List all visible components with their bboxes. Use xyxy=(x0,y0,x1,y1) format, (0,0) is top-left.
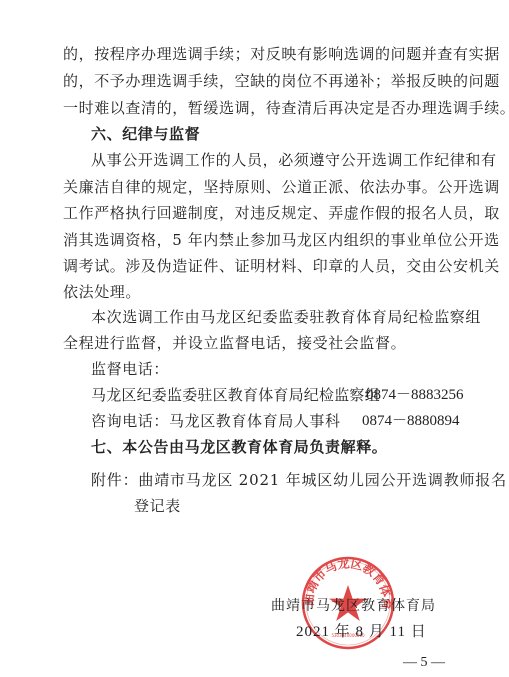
supervision-phone: 0874－8883256 xyxy=(366,385,464,405)
body-text-line: 从事公开选调工作的人员，必须遵守公开选调工作纪律和有 xyxy=(91,150,497,170)
supervision-org: 马龙区纪委监委驻区教育体育局纪检监察组 xyxy=(91,385,380,405)
consult-label: 咨询电话：马龙区教育体育局人事科 xyxy=(91,411,341,431)
body-text-line: 依法处理。 xyxy=(63,282,141,302)
body-text-line: 全程进行监督，并设立监督电话，接受社会监督。 xyxy=(63,333,406,353)
body-text-line: 一时难以查清的，暂缓选调，待查清后再决定是否办理选调手续。 xyxy=(63,98,509,118)
body-text-line: 关廉洁自律的规定，坚持原则、公道正派、依法办事。公开选调 xyxy=(63,177,500,197)
signature-org: 曲靖市马龙区教育体育局 xyxy=(271,596,436,616)
consult-phone: 0874－8880894 xyxy=(362,411,460,431)
signature-date: 2021 年 8 月 11 日 xyxy=(296,622,427,642)
body-text-line: 消其选调资格，5 年内禁止参加马龙区内组织的事业单位公开选 xyxy=(63,230,500,250)
body-text-line: 的，按程序办理选调手续；对反映有影响选调的问题并查有实据 xyxy=(63,44,500,64)
body-text-line: 的，不予办理选调手续，空缺的岗位不再递补；举报反映的问题 xyxy=(63,71,500,91)
section-heading-discipline: 六、纪律与监督 xyxy=(91,124,200,144)
supervision-label: 监督电话： xyxy=(91,359,169,379)
attachment-line: 登记表 xyxy=(134,496,181,516)
attachment-line: 附件：曲靖市马龙区 2021 年城区幼儿园公开选调教师报名 xyxy=(91,470,507,490)
section-heading-interpretation: 七、本公告由马龙区教育体育局负责解释。 xyxy=(91,437,387,457)
body-text-line: 工作严格执行回避制度，对违反规定、弄虚作假的报名人员，取 xyxy=(63,203,500,223)
body-text-line: 本次选调工作由马龙区纪委监委驻教育体育局纪检监察组 xyxy=(91,307,481,327)
page-number: — 5 — xyxy=(403,655,445,671)
body-text-line: 调考试。涉及伪造证件、证明材料、印章的人员，交由公安机关 xyxy=(63,256,500,276)
